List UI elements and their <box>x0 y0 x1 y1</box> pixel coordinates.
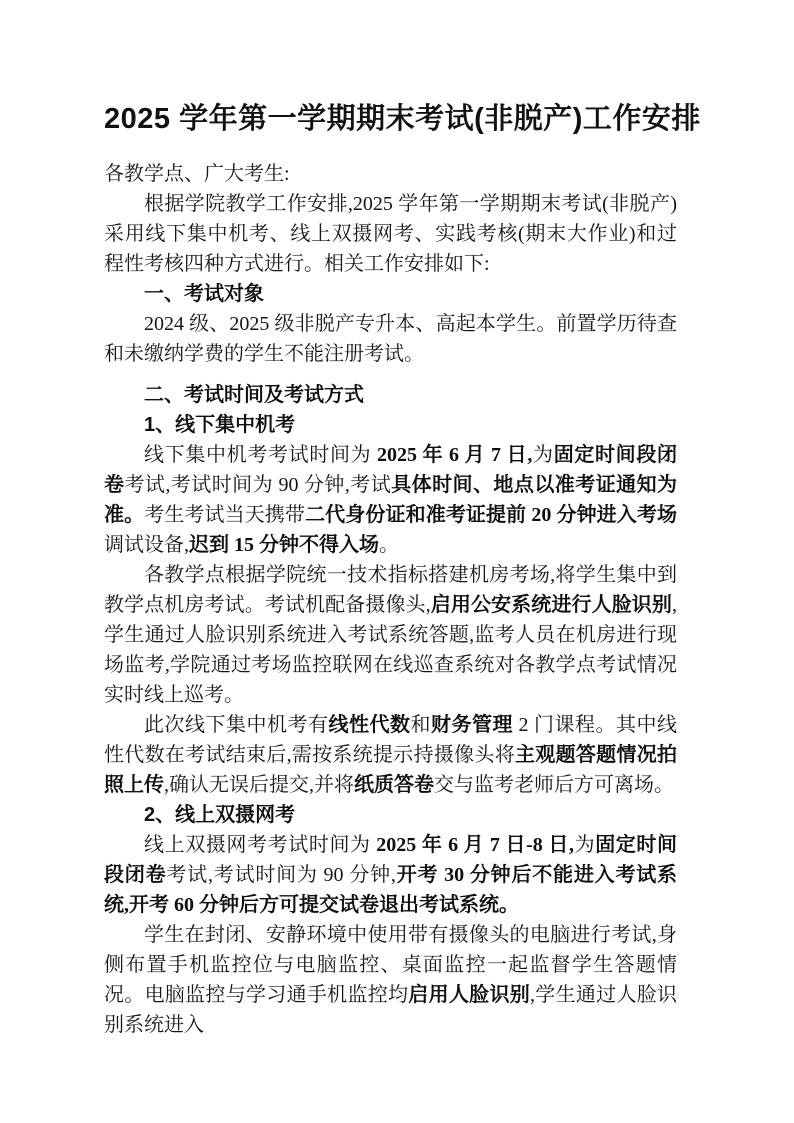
text-run: 和 <box>411 714 432 736</box>
text-run: 纸质答卷 <box>354 774 434 796</box>
paragraph: 2024 级、2025 级非脱产专升本、高起本学生。前置学历待查和未缴纳学费的学… <box>104 309 677 369</box>
section-heading: 二、考试时间及考试方式 <box>104 380 677 410</box>
text-run: 线上双摄网考考试时间为 <box>144 834 376 856</box>
paragraph: 学生在封闭、安静环境中使用带有摄像头的电脑进行考试,身侧布置手机监控位与电脑监控… <box>104 920 677 1040</box>
text-run: 线下集中机考考试时间为 <box>144 444 377 466</box>
paragraph: 线上双摄网考考试时间为 2025 年 6 月 7 日-8 日,为固定时间段闭卷考… <box>104 830 677 920</box>
paragraph: 各教学点、广大考生: <box>104 159 677 189</box>
text-run: 迟到 15 分钟不得入场 <box>189 534 379 556</box>
text-run: 财务管理 <box>431 714 513 736</box>
text-run: ,确认无误后提交,并将 <box>164 774 354 796</box>
section-heading: 2、线上双摄网考 <box>104 800 677 830</box>
text-run: 为 <box>574 834 595 856</box>
text-run: 根据学院教学工作安排,2025 学年第一学期期末考试(非脱产)采用线下集中机考、… <box>104 193 677 275</box>
text-run: 各教学点、广大考生: <box>104 163 290 185</box>
text-run: 。 <box>379 534 399 556</box>
document-body: 各教学点、广大考生:根据学院教学工作安排,2025 学年第一学期期末考试(非脱产… <box>104 159 677 1040</box>
text-run: 此次线下集中机考有 <box>144 714 329 736</box>
section-heading: 一、考试对象 <box>104 279 677 309</box>
text-run: 考试,考试时间为 90 分钟,考试 <box>124 474 391 496</box>
text-run: 一、考试对象 <box>144 283 264 305</box>
paragraph: 根据学院教学工作安排,2025 学年第一学期期末考试(非脱产)采用线下集中机考、… <box>104 189 677 279</box>
text-run: 调试设备, <box>104 534 189 556</box>
text-run: 为 <box>532 444 553 466</box>
text-run: 交与监考老师后方可离场。 <box>434 774 674 796</box>
paragraph: 线下集中机考考试时间为 2025 年 6 月 7 日,为固定时间段闭卷考试,考试… <box>104 440 677 560</box>
text-run: 二、考试时间及考试方式 <box>144 384 364 406</box>
text-run: 1、线下集中机考 <box>144 414 295 436</box>
text-run: 启用人脸识别 <box>408 984 530 1006</box>
text-run: 二代身份证和准考证提前 20 分钟进入考场 <box>305 504 677 526</box>
text-run: 考试,考试时间为 90 分钟, <box>166 864 396 886</box>
section-heading: 1、线下集中机考 <box>104 410 677 440</box>
text-run: 2、线上双摄网考 <box>144 804 295 826</box>
paragraph: 此次线下集中机考有线性代数和财务管理 2 门课程。其中线性代数在考试结束后,需按… <box>104 710 677 800</box>
text-run: 线性代数 <box>329 714 411 736</box>
document-page: 2025 学年第一学期期末考试(非脱产)工作安排 各教学点、广大考生:根据学院教… <box>0 0 794 1123</box>
text-run: 2024 级、2025 级非脱产专升本、高起本学生。前置学历待查和未缴纳学费的学… <box>104 313 677 365</box>
text-run: 考生考试当天携带 <box>144 504 305 526</box>
text-run: 2025 年 6 月 7 日-8 日, <box>376 834 574 856</box>
text-run: 2025 年 6 月 7 日, <box>377 444 532 466</box>
text-run: 启用公安系统进行人脸识别 <box>431 594 672 616</box>
document-title: 2025 学年第一学期期末考试(非脱产)工作安排 <box>104 97 677 141</box>
paragraph: 各教学点根据学院统一技术指标搭建机房考场,将学生集中到教学点机房考试。考试机配备… <box>104 560 677 710</box>
